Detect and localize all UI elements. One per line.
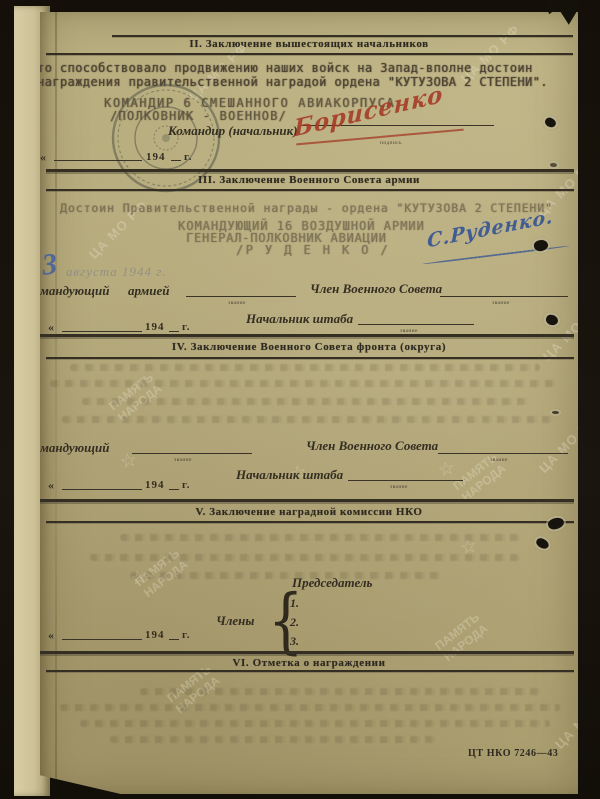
date-quote: « (48, 628, 54, 643)
front-commander-label: мандующий (40, 440, 109, 456)
rule (40, 651, 574, 654)
typed-conclusion-line: то способствовало продвижению наших войс… (37, 61, 533, 75)
paper-hole (552, 411, 559, 414)
paper-hole (535, 537, 551, 551)
rule (46, 670, 574, 672)
date-year: 194 (145, 479, 165, 491)
members-label: Члены (216, 613, 254, 629)
date-line (62, 488, 142, 490)
signature-hint: подпись (380, 140, 402, 146)
fill-line (348, 479, 463, 481)
paper-hole (545, 314, 558, 326)
date-line (169, 488, 179, 490)
bleed-through-text (70, 364, 540, 371)
date-line (169, 638, 179, 640)
rule (46, 53, 573, 55)
bleed-through-text (140, 688, 540, 695)
date-suffix: г. (182, 629, 191, 641)
section-ii-heading: II. Заключение вышестоящих начальников (40, 38, 578, 50)
section-iii-heading: III. Заключение Военного Совета армии (40, 174, 578, 186)
fill-line (186, 295, 296, 297)
date-year: 194 (145, 629, 165, 641)
date-line (62, 330, 142, 332)
typed-army-commander-name: /Р У Д Е Н К О / (236, 243, 390, 257)
section-vi-heading: VI. Отметка о награждении (40, 657, 578, 669)
council-member-label: Член Военного Совета (310, 281, 442, 297)
archive-watermark: ЦА МО РФ (552, 687, 600, 752)
form-code: ЦТ НКО 7246—43 (468, 748, 558, 759)
chairman-label: Председатель (292, 575, 373, 591)
rank-hint: звание (228, 300, 246, 306)
member-number: 3. (290, 634, 299, 649)
rule (46, 189, 574, 191)
rule (46, 169, 574, 172)
handwritten-month-year: августа 1944 г. (66, 264, 166, 280)
bleed-through-text (90, 554, 520, 561)
bleed-through-text (50, 380, 555, 387)
member-number: 1. (290, 596, 299, 611)
bleed-through-text (120, 534, 520, 541)
typed-army-conclusion: Достоин Правительственной награды - орде… (60, 201, 553, 215)
date-year: 194 (145, 321, 165, 333)
bleed-through-text (62, 416, 552, 423)
paper-hole (544, 117, 557, 129)
binding-crease (55, 12, 57, 794)
rank-hint: звание (490, 457, 508, 463)
rule (40, 499, 574, 502)
bleed-through-text (82, 398, 532, 405)
section-iv-heading: IV. Заключение Военного Совета фронта (о… (40, 341, 578, 353)
date-suffix: г. (184, 151, 193, 163)
date-quote: « (48, 478, 54, 493)
date-quote: « (40, 150, 46, 165)
army-commander-label: мандующий (40, 283, 109, 299)
rule (46, 357, 574, 359)
rank-hint: звание (492, 300, 510, 306)
member-number: 2. (290, 615, 299, 630)
rule (46, 521, 574, 523)
date-line (169, 330, 179, 332)
fill-line (440, 295, 568, 297)
section-v-heading: V. Заключение наградной комиссии НКО (40, 506, 578, 518)
rank-hint: звание (390, 484, 408, 490)
bleed-through-text (110, 736, 440, 743)
paper-hole (550, 163, 557, 167)
fill-line (132, 452, 252, 454)
archive-watermark: ЦА МО РФ (540, 299, 600, 364)
date-year: 194 (146, 151, 166, 163)
commander-label: Командир (начальник) (168, 123, 298, 139)
army-label: армией (128, 283, 170, 299)
date-suffix: г. (182, 479, 191, 491)
date-suffix: г. (182, 321, 191, 333)
date-line (54, 159, 142, 161)
date-line (171, 159, 181, 161)
rule (40, 334, 574, 337)
date-line (62, 638, 142, 640)
bleed-through-text (60, 704, 560, 711)
rank-hint: звание (174, 457, 192, 463)
rule (112, 35, 573, 37)
fill-line (438, 452, 568, 454)
chief-of-staff-label: Начальник штаба (246, 311, 353, 327)
bleed-through-text (80, 720, 550, 727)
fill-line (358, 323, 474, 325)
chief-of-staff-label: Начальник штаба (236, 467, 343, 483)
award-sheet-page: ЦА МО РФ ЦА МО РФ ЦА МО РФ ЦА МО РФ ЦА М… (40, 12, 578, 794)
council-member-label: Член Военного Совета (306, 438, 438, 454)
date-quote: « (48, 320, 54, 335)
